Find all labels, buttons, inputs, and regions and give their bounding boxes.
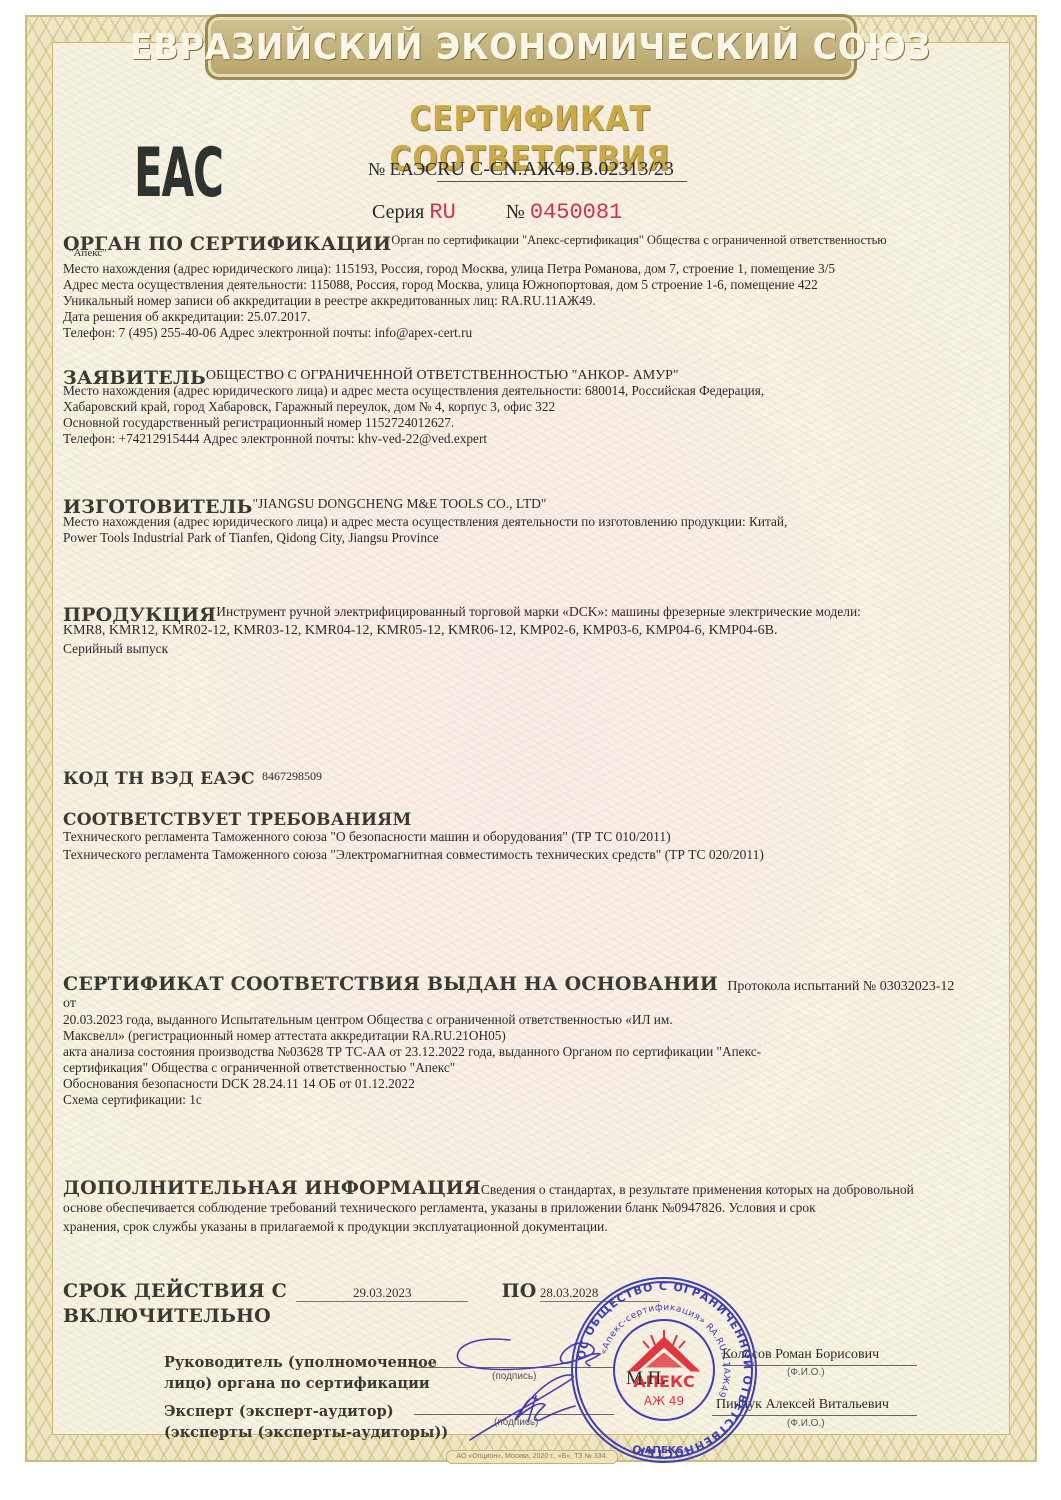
applicant-line: Хабаровский край, город Хабаровск, Гараж… <box>63 399 963 415</box>
body-line: Уникальный номер записи об аккредитации … <box>63 293 963 309</box>
expert-label: Эксперт (эксперт-аудитор) (эксперты (экс… <box>164 1401 448 1443</box>
head-label: Руководитель (уполномоченное лицо) орган… <box>164 1352 437 1394</box>
validity-from-date: 29.03.2023 <box>296 1285 468 1302</box>
certificate-number: № ЕАЭСRU C-CN.АЖ49.В.02313/23 <box>368 158 687 182</box>
product-production: Серийный выпуск <box>63 640 963 658</box>
eac-logo: ЕАС <box>134 134 223 213</box>
requirement-line: Технического регламента Таможенного союз… <box>63 828 963 846</box>
series-label: Серия <box>372 201 424 223</box>
applicant-line: Телефон: +74212915444 Адрес электронной … <box>63 431 963 447</box>
additional-info-section: ДОПОЛНИТЕЛЬНАЯ ИНФОРМАЦИЯСведения о стан… <box>63 1180 963 1236</box>
basis-line: Схема сертификации: 1с <box>63 1092 963 1108</box>
requirement-line: Технического регламента Таможенного союз… <box>63 846 963 864</box>
apex-logo-icon <box>629 1330 699 1371</box>
applicant-section: ЗАЯВИТЕЛЬОБЩЕСТВО С ОГРАНИЧЕННОЙ ОТВЕТСТ… <box>63 368 963 447</box>
tn-ved-value: 8467298509 <box>262 769 322 783</box>
series-value: RU <box>429 200 455 225</box>
body-line: Телефон: 7 (495) 255-40-06 Адрес электро… <box>63 325 963 341</box>
basis-line: Обоснования безопасности DCK 28.24.11 14… <box>63 1076 963 1092</box>
applicant-name: ОБЩЕСТВО С ОГРАНИЧЕННОЙ ОТВЕТСТВЕННОСТЬЮ… <box>206 368 679 383</box>
certification-body-heading: ОРГАН ПО СЕРТИФИКАЦИИ <box>63 233 391 255</box>
printer-imprint: АО «Опцион», Москва, 2020 г., «Б», ТЗ № … <box>446 1450 618 1464</box>
requirements-heading: СООТВЕТСТВУЕТ ТРЕБОВАНИЯМ <box>63 812 963 828</box>
blank-number-label: № <box>506 201 525 223</box>
head-fio-caption: (Ф.И.О.) <box>787 1367 825 1378</box>
body-line: Место нахождения (адрес юридического лиц… <box>63 261 963 277</box>
product-description: Инструмент ручной электрифицированный то… <box>216 604 861 619</box>
tn-ved-section: КОД ТН ВЭД ЕАЭС 8467298509 <box>63 768 963 788</box>
expert-label-line: (эксперты (эксперты-аудиторы)) <box>164 1422 448 1443</box>
additional-info-line: основе обеспечивается соблюдение требова… <box>63 1198 963 1217</box>
expert-label-line: Эксперт (эксперт-аудитор) <box>164 1401 448 1422</box>
validity-section: СРОК ДЕЙСТВИЯ С 29.03.2023 ПО 28.03.2028… <box>63 1283 963 1324</box>
basis-line: акта анализа состояния производства №036… <box>63 1044 963 1060</box>
stamp-bottom-text: «АПЕКС» <box>638 1445 689 1456</box>
validity-from-label: СРОК ДЕЙСТВИЯ С <box>63 1280 287 1302</box>
manufacturer-name: "JIANGSU DONGCHENG M&E TOOLS CO., LTD" <box>253 496 547 511</box>
manufacturer-section: ИЗГОТОВИТЕЛЬ"JIANGSU DONGCHENG M&E TOOLS… <box>63 496 963 546</box>
product-section: ПРОДУКЦИЯИнструмент ручной электрифициро… <box>63 604 963 658</box>
blank-number-value: 0450081 <box>530 200 622 225</box>
seal-mark: М.П. <box>626 1368 666 1390</box>
validity-inclusive: ВКЛЮЧИТЕЛЬНО <box>63 1308 963 1324</box>
tn-ved-heading: КОД ТН ВЭД ЕАЭС <box>63 769 255 789</box>
basis-line: Максвелл» (регистрационный номер аттеста… <box>63 1028 963 1044</box>
body-line: Дата решения об аккредитации: 25.07.2017… <box>63 309 963 325</box>
additional-info-heading: ДОПОЛНИТЕЛЬНАЯ ИНФОРМАЦИЯ <box>63 1177 481 1199</box>
basis-line: 20.03.2023 года, выданного Испытательным… <box>63 1012 963 1028</box>
basis-line: сертификация" Общества с ограниченной от… <box>63 1060 963 1076</box>
head-label-line: лицо) органа по сертификации <box>164 1373 437 1394</box>
head-label-line: Руководитель (уполномоченное <box>164 1352 437 1373</box>
body-line: Адрес места осуществления деятельности: … <box>63 277 963 293</box>
stamp-center-code: АЖ 49 <box>644 1394 684 1408</box>
basis-section: СЕРТИФИКАТ СООТВЕТСТВИЯ ВЫДАН НА ОСНОВАН… <box>63 976 963 1108</box>
certificate-number-label: № ЕАЭС <box>368 159 437 179</box>
additional-info-first: Сведения о стандартах, в результате прим… <box>481 1182 914 1197</box>
basis-heading: СЕРТИФИКАТ СООТВЕТСТВИЯ ВЫДАН НА ОСНОВАН… <box>63 973 718 995</box>
manufacturer-line: Место нахождения (адрес юридического лиц… <box>63 514 963 530</box>
certificate-number-value: RU C-CN.АЖ49.В.02313/23 <box>437 158 687 182</box>
validity-to-label: ПО <box>502 1280 537 1302</box>
applicant-line: Основной государственный регистрационный… <box>63 415 963 431</box>
requirements-section: СООТВЕТСТВУЕТ ТРЕБОВАНИЯМ Технического р… <box>63 812 963 864</box>
manufacturer-line: Power Tools Industrial Park of Tianfen, … <box>63 530 963 546</box>
certification-body-section: ОРГАН ПО СЕРТИФИКАЦИИОрган по сертификац… <box>63 232 963 341</box>
union-banner-text: ЕВРАЗИЙСКИЙ ЭКОНОМИЧЕСКИЙ СОЮЗ <box>130 27 931 68</box>
applicant-line: Место нахождения (адрес юридического лиц… <box>63 383 963 399</box>
expert-fio-caption: (Ф.И.О.) <box>787 1418 825 1429</box>
certification-body-name: Орган по сертификации "Апекс-сертификаци… <box>391 233 886 247</box>
additional-info-line: хранения, срок службы указаны в прилагае… <box>63 1217 963 1236</box>
union-banner: ЕВРАЗИЙСКИЙ ЭКОНОМИЧЕСКИЙ СОЮЗ <box>205 14 857 80</box>
series-line: Серия RU № 0450081 <box>372 200 622 225</box>
